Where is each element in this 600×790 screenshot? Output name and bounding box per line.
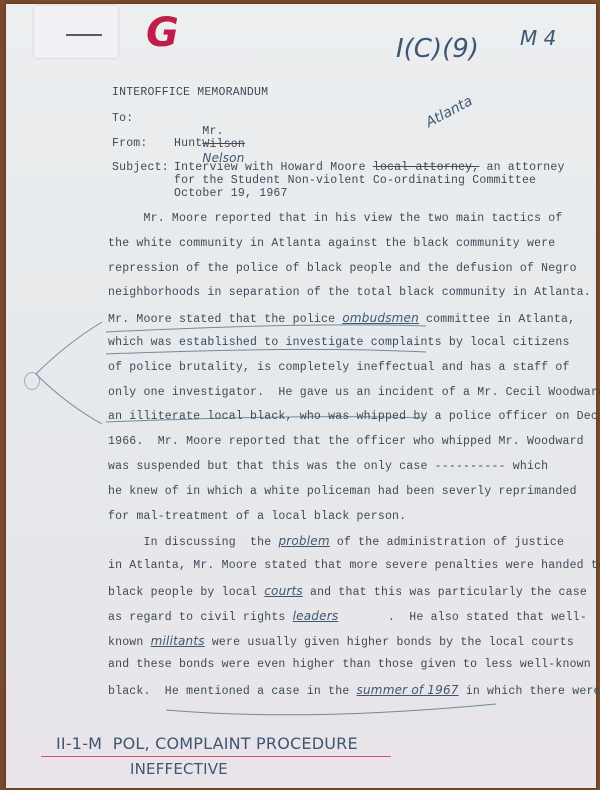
typed-text: the white community in Atlanta against t… [108, 237, 555, 250]
typed-text: In discussing the [108, 536, 278, 549]
subject-line-3: October 19, 1967 [174, 187, 288, 200]
typed-text: were usually given higher bonds by the l… [205, 636, 574, 649]
body-line: which was established to investigate com… [108, 336, 570, 349]
to-prefix: Mr. [202, 125, 223, 138]
typed-text: black people by local [108, 586, 264, 599]
grade-mark: G [146, 10, 179, 56]
typed-text: black. He mentioned a case in the [108, 685, 357, 698]
typed-text: in Atlanta, Mr. Moore stated that more s… [108, 559, 600, 572]
body-line: repression of the police of black people… [108, 262, 577, 275]
typed-text: known [108, 636, 151, 649]
from-value: Hunt [174, 137, 202, 150]
body-line: only one investigator. He gave us an inc… [108, 386, 600, 399]
index-annotation-line-1: II-1-M POL, COMPLAINT PROCEDURE [56, 734, 358, 753]
body-line: black. He mentioned a case in the summer… [108, 683, 600, 698]
typed-text: and these bonds were even higher than th… [108, 658, 591, 671]
to-label: To: [112, 112, 133, 125]
typed-text: committee in Atlanta, [419, 313, 575, 326]
typed-text: of police brutality, is completely ineff… [108, 361, 570, 374]
typed-text: of the administration of justice [330, 536, 564, 549]
typed-text: Mr. Moore stated that the police [108, 313, 342, 326]
body-line: of police brutality, is completely ineff… [108, 361, 570, 374]
body-line: as regard to civil rights leaders . He a… [108, 609, 587, 624]
typed-text: neighborhoods in separation of the total… [108, 286, 591, 299]
typed-text: which was established to investigate com… [108, 336, 570, 349]
body-line: he knew of in which a white policeman ha… [108, 485, 577, 498]
typed-text: he knew of in which a white policeman ha… [108, 485, 577, 498]
body-line: in Atlanta, Mr. Moore stated that more s… [108, 559, 600, 572]
body-line: Mr. Moore stated that the police ombudsm… [108, 311, 575, 326]
body-line: In discussing the problem of the adminis… [108, 534, 564, 549]
handwritten-insertion: summer of 1967 [357, 683, 459, 697]
subject-struck: local attorney, [373, 161, 480, 174]
typed-text: in which there were [459, 685, 600, 698]
handwritten-insertion: problem [278, 534, 329, 548]
file-code: I(C)(9) [396, 34, 479, 64]
typed-text: was suspended but that this was the only… [108, 460, 548, 473]
from-label: From: [112, 137, 148, 150]
subject-text: Interview with [174, 161, 281, 174]
typed-text: . He also stated that well- [338, 611, 587, 624]
typed-text: as regard to civil rights [108, 611, 293, 624]
typed-text: repression of the police of black people… [108, 262, 577, 275]
typed-text: an illiterate local black, who was whipp… [108, 410, 600, 423]
body-line: known militants were usually given highe… [108, 634, 574, 649]
index-annotation-line-2: INEFFECTIVE [130, 760, 228, 778]
body-line: black people by local courts and that th… [108, 584, 587, 599]
handwritten-insertion: ombudsmen [342, 311, 419, 325]
body-line: the white community in Atlanta against t… [108, 237, 555, 250]
body-line: for mal-treatment of a local black perso… [108, 510, 406, 523]
page-number: M 4 [520, 26, 556, 50]
handwritten-insertion: courts [264, 584, 303, 598]
body-line: an illiterate local black, who was whipp… [108, 410, 600, 423]
red-underline [41, 756, 391, 757]
body-line: 1966. Mr. Moore reported that the office… [108, 435, 584, 448]
typed-text: for mal-treatment of a local black perso… [108, 510, 406, 523]
subject-text-b: an attorney [479, 161, 564, 174]
typed-text: Mr. Moore reported that in his view the … [108, 212, 562, 225]
body-line: and these bonds were even higher than th… [108, 658, 591, 671]
body-line: neighborhoods in separation of the total… [108, 286, 591, 299]
subject-label: Subject: [112, 161, 169, 174]
handwritten-insertion: militants [151, 634, 205, 648]
typed-text: and that this was particularly the case [303, 586, 587, 599]
typed-text: only one investigator. He gave us an inc… [108, 386, 600, 399]
subject-name: Howard Moore [281, 161, 366, 174]
subject-line-2: for the Student Non-violent Co-ordinatin… [174, 174, 536, 187]
body-line: Mr. Moore reported that in his view the … [108, 212, 562, 225]
typed-text: 1966. Mr. Moore reported that the office… [108, 435, 584, 448]
handwritten-insertion: leaders [293, 609, 339, 623]
memo-page: G I(C)(9) M 4 Atlanta INTEROFFICE MEMORA… [6, 4, 596, 788]
memo-type: INTEROFFICE MEMORANDUM [112, 86, 268, 99]
body-line: was suspended but that this was the only… [108, 460, 548, 473]
subject-line-1: Interview with Howard Moore local attorn… [174, 161, 565, 174]
to-struck: Wilson [202, 138, 245, 151]
